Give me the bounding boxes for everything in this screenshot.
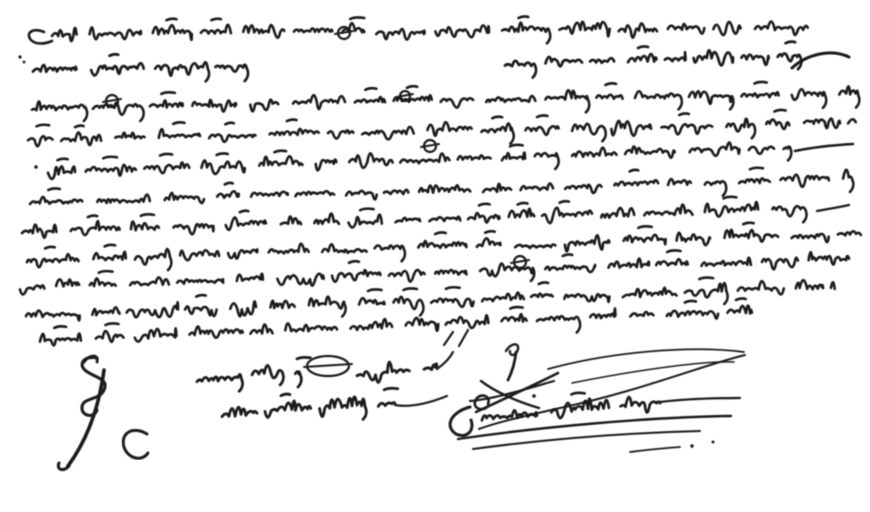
abbreviation-circles	[103, 27, 529, 376]
circled-que-bar	[304, 364, 352, 367]
script-line-11	[40, 298, 752, 345]
sigil-slash	[459, 330, 468, 346]
closing-1-tail	[437, 352, 453, 369]
signature-sigil	[444, 330, 558, 412]
line-5-lead-dot	[34, 165, 38, 169]
closing-tails	[395, 352, 453, 406]
sigil-loop	[475, 396, 489, 410]
script-line-4	[28, 110, 856, 146]
line-5-end-dash	[795, 144, 853, 151]
paraph-flourish	[58, 356, 105, 470]
signature-hairline	[548, 349, 744, 369]
sigil-stem	[508, 352, 516, 380]
handwriting-body	[20, 16, 861, 420]
script-closing-1b	[357, 362, 437, 382]
signature-start-curl	[450, 407, 472, 436]
letter-scan	[0, 0, 870, 512]
line-7-end-dash	[817, 205, 849, 211]
script-closing-2	[222, 388, 398, 419]
margin-dot	[18, 55, 21, 58]
closing-2-tail	[395, 396, 447, 406]
script-line-2a	[33, 54, 248, 81]
paraph-long-sweep	[68, 370, 104, 466]
signature-underline	[473, 431, 700, 449]
sigil-dot	[532, 394, 536, 398]
sigil-slash	[444, 332, 453, 345]
letter-c-mark	[123, 430, 148, 458]
page	[0, 0, 870, 512]
signature-underline	[630, 447, 680, 452]
signature-dot	[690, 444, 693, 447]
script-line-1	[52, 16, 808, 43]
margin-dot	[23, 61, 26, 64]
signature-dot	[712, 441, 715, 444]
c-stroke	[123, 430, 148, 458]
script-line-3	[32, 82, 859, 121]
script-line-2b	[505, 42, 801, 78]
signature	[450, 349, 745, 452]
signature-end-dash	[660, 398, 740, 402]
script-line-5	[48, 142, 791, 179]
swash-stroke	[29, 30, 52, 43]
line-1-lead-swash	[18, 30, 52, 169]
script-closing-1a	[197, 357, 311, 391]
script-line-6	[30, 168, 853, 204]
